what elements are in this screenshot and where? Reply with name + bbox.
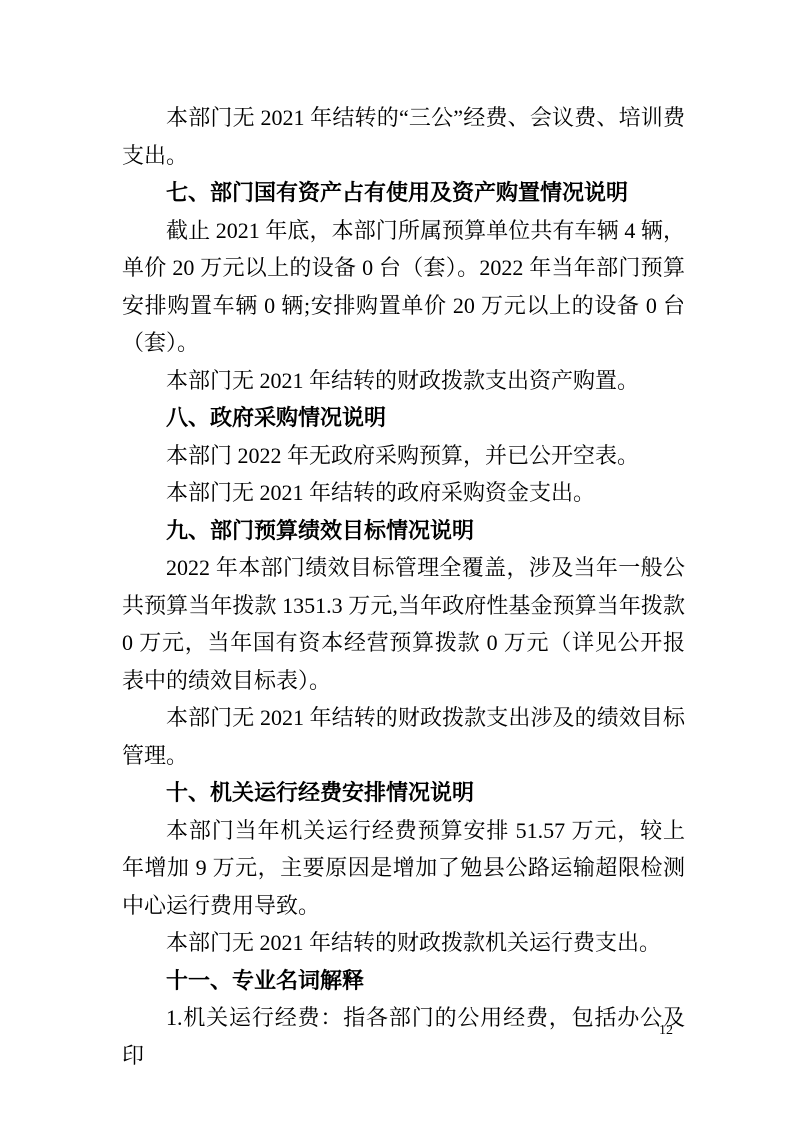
- paragraph-no-performance-mgmt: 本部门无 2021 年结转的财政拨款支出涉及的绩效目标管理。: [122, 699, 685, 774]
- paragraph-carryover-sangong: 本部门无 2021 年结转的“三公”经费、会议费、培训费支出。: [122, 99, 685, 174]
- paragraph-glossary-item-1: 1.机关运行经费：指各部门的公用经费，包括办公及印: [122, 999, 685, 1074]
- paragraph-no-operating-carryover: 本部门无 2021 年结转的财政拨款机关运行费支出。: [122, 924, 685, 962]
- paragraph-performance-targets: 2022 年本部门绩效目标管理全覆盖，涉及当年一般公共预算当年拨款 1351.3…: [122, 549, 685, 699]
- document-page: 本部门无 2021 年结转的“三公”经费、会议费、培训费支出。 七、部门国有资产…: [0, 0, 793, 1122]
- section-heading-10-operating-expenses: 十、机关运行经费安排情况说明: [122, 774, 685, 812]
- section-heading-9-performance: 九、部门预算绩效目标情况说明: [122, 512, 685, 550]
- paragraph-no-carryover-assets: 本部门无 2021 年结转的财政拨款支出资产购置。: [122, 362, 685, 400]
- paragraph-no-procurement-budget: 本部门 2022 年无政府采购预算，并已公开空表。: [122, 437, 685, 475]
- paragraph-no-procurement-funds: 本部门无 2021 年结转的政府采购资金支出。: [122, 474, 685, 512]
- section-heading-8-procurement: 八、政府采购情况说明: [122, 399, 685, 437]
- paragraph-vehicles-equipment: 截止 2021 年底，本部门所属预算单位共有车辆 4 辆，单价 20 万元以上的…: [122, 212, 685, 362]
- section-heading-11-glossary: 十一、专业名词解释: [122, 962, 685, 1000]
- page-number: 12: [659, 1022, 673, 1040]
- paragraph-operating-expense-budget: 本部门当年机关运行经费预算安排 51.57 万元，较上年增加 9 万元，主要原因…: [122, 812, 685, 925]
- section-heading-7-state-assets: 七、部门国有资产占有使用及资产购置情况说明: [122, 174, 685, 212]
